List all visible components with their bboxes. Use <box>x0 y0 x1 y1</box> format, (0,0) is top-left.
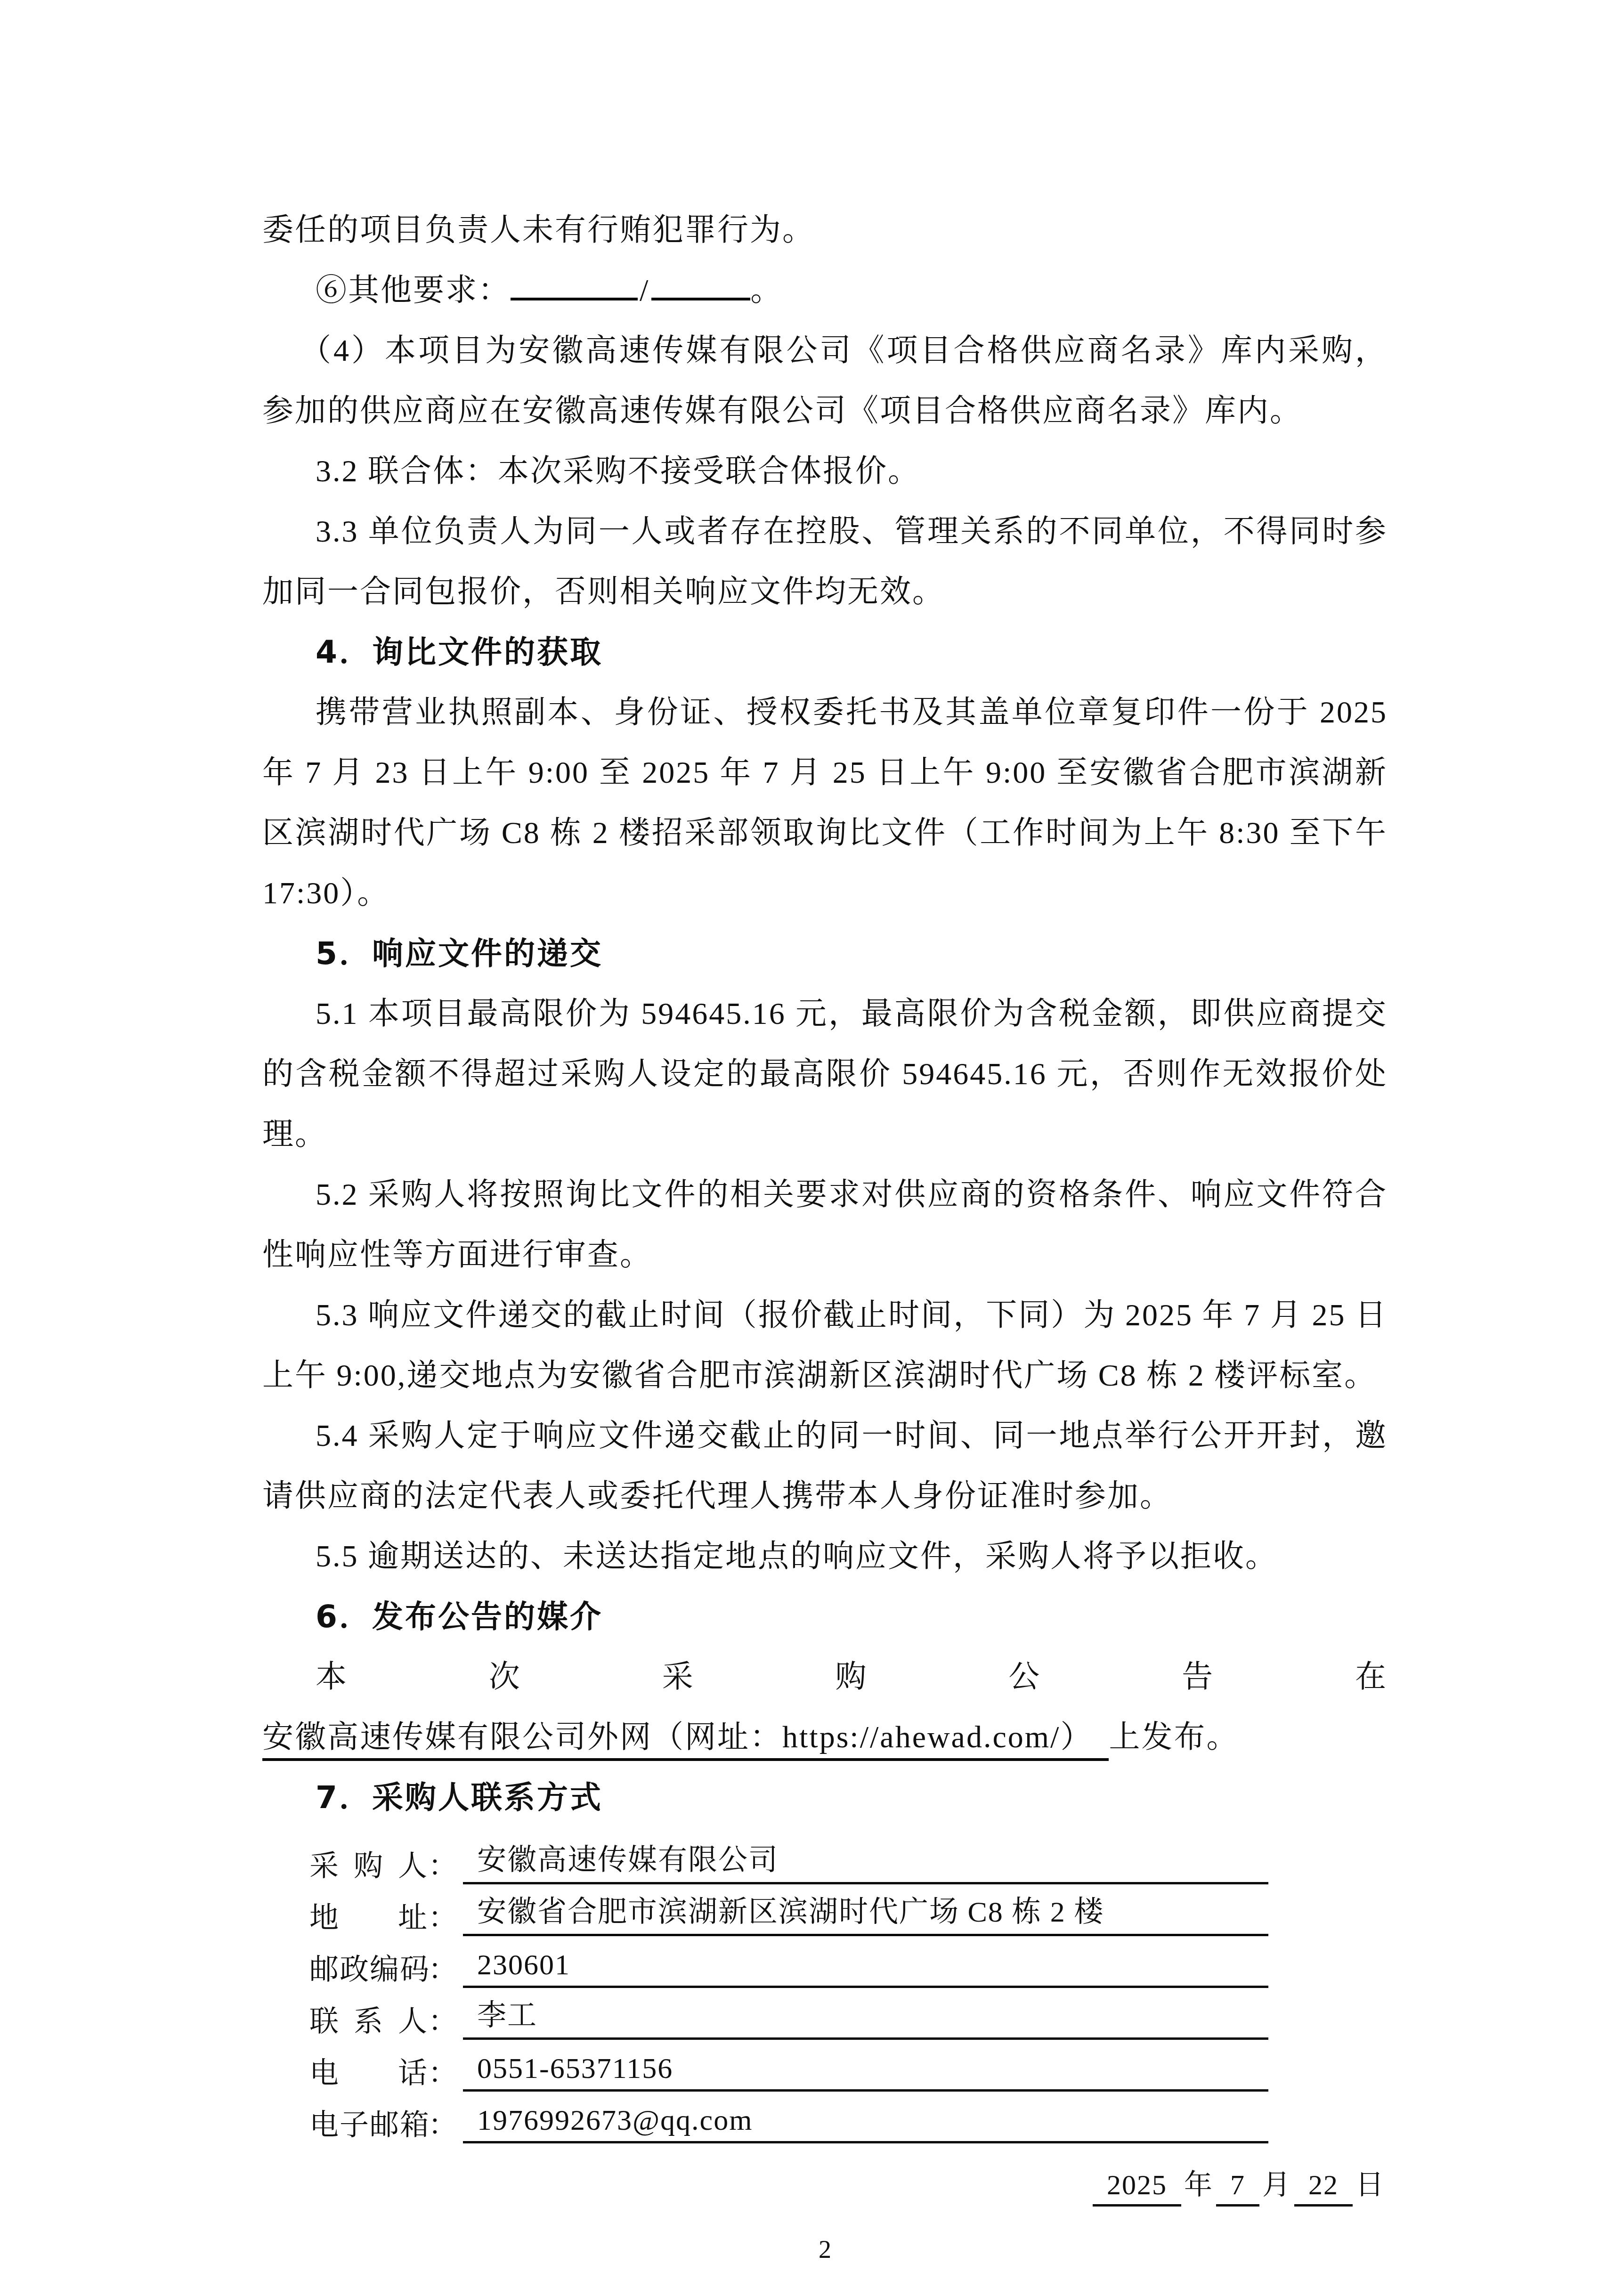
page-number: 2 <box>262 2235 1388 2264</box>
contact-label: 电子邮箱 <box>309 2101 428 2143</box>
date-day: 22 <box>1294 2169 1353 2207</box>
date-month-unit: 月 <box>1262 2169 1291 2200</box>
contact-row-postcode: 邮政编码：230601 <box>309 1936 1388 1988</box>
blank-underline <box>651 269 750 300</box>
section-6-heading: 6．发布公告的媒介 <box>262 1587 1388 1647</box>
clause-5-4: 5.4 采购人定于响应文件递交截止的同一时间、同一地点举行公开开封，邀请供应商的… <box>262 1406 1388 1526</box>
section-7-heading: 7．采购人联系方式 <box>262 1768 1388 1828</box>
announcement-website-underlined: 安徽高速传媒有限公司外网（网址：https://ahewad.com/） <box>262 1720 1109 1761</box>
date-year-unit: 年 <box>1184 2169 1213 2200</box>
document-content: 委任的项目负责人未有行贿犯罪行为。 ⑥其他要求：/。 （4）本项目为安徽高速传媒… <box>0 0 1623 2264</box>
section-4-body: 携带营业执照副本、身份证、授权委托书及其盖单位章复印件一份于 2025 年 7 … <box>262 682 1388 924</box>
section-4-heading: 4．询比文件的获取 <box>262 622 1388 682</box>
email-value: 1976992673@qq.com <box>463 2104 1268 2143</box>
contact-colon: ： <box>428 1998 458 2040</box>
other-requirements-label: ⑥其他要求： <box>316 273 511 308</box>
signature-date-line: 2025年7月22日 <box>262 2162 1388 2207</box>
contact-colon: ： <box>428 2101 458 2143</box>
contact-label: 邮政编码 <box>309 1946 428 1988</box>
contact-row-phone: 电话：0551-65371156 <box>309 2040 1388 2092</box>
contact-row-contact-person: 联系人：李工 <box>309 1988 1388 2040</box>
address-value: 安徽省合肥市滨湖新区滨湖时代广场 C8 栋 2 楼 <box>463 1888 1268 1936</box>
contact-colon: ： <box>428 2050 458 2092</box>
carryover-paragraph: 委任的项目负责人未有行贿犯罪行为。 <box>262 200 1388 260</box>
contact-person-value: 李工 <box>463 1992 1268 2040</box>
contact-label: 地址 <box>309 1894 428 1936</box>
contact-label: 采购人 <box>309 1842 428 1884</box>
contact-label: 电话 <box>309 2050 428 2092</box>
clause-3-3: 3.3 单位负责人为同一人或者存在控股、管理关系的不同单位，不得同时参加同一合同… <box>262 502 1388 622</box>
date-year: 2025 <box>1093 2169 1181 2207</box>
announcement-suffix: 上发布。 <box>1109 1720 1239 1754</box>
postcode-value: 230601 <box>463 1948 1268 1988</box>
date-day-unit: 日 <box>1355 2169 1385 2200</box>
clause-5-5: 5.5 逾期送达的、未送达指定地点的响应文件，采购人将予以拒收。 <box>262 1526 1388 1587</box>
item-4-paragraph: （4）本项目为安徽高速传媒有限公司《项目合格供应商名录》库内采购，参加的供应商应… <box>262 321 1388 441</box>
slash-placeholder: / <box>640 273 649 308</box>
period: 。 <box>750 273 783 308</box>
purchaser-value: 安徽高速传媒有限公司 <box>463 1836 1268 1884</box>
clause-5-1: 5.1 本项目最高限价为 594645.16 元，最高限价为含税金额，即供应商提… <box>262 984 1388 1165</box>
date-month: 7 <box>1216 2169 1259 2207</box>
announcement-prefix: 本次采购公告在 <box>316 1660 1388 1694</box>
phone-value: 0551-65371156 <box>463 2052 1268 2092</box>
contact-row-address: 地址：安徽省合肥市滨湖新区滨湖时代广场 C8 栋 2 楼 <box>309 1884 1388 1936</box>
clause-5-3: 5.3 响应文件递交的截止时间（报价截止时间，下同）为 2025 年 7 月 2… <box>262 1285 1388 1406</box>
contact-row-purchaser: 采购人：安徽高速传媒有限公司 <box>309 1833 1388 1884</box>
contact-colon: ： <box>428 1946 458 1988</box>
other-requirements-line: ⑥其他要求：/。 <box>262 260 1388 321</box>
contact-row-email: 电子邮箱：1976992673@qq.com <box>309 2092 1388 2143</box>
section-5-heading: 5．响应文件的递交 <box>262 924 1388 984</box>
section-6-body: 本次采购公告在安徽高速传媒有限公司外网（网址：https://ahewad.co… <box>262 1647 1388 1768</box>
blank-underline <box>511 269 638 300</box>
clause-3-2: 3.2 联合体：本次采购不接受联合体报价。 <box>262 441 1388 502</box>
document-page: 委任的项目负责人未有行贿犯罪行为。 ⑥其他要求：/。 （4）本项目为安徽高速传媒… <box>0 0 1623 2296</box>
contact-colon: ： <box>428 1842 458 1884</box>
clause-5-2: 5.2 采购人将按照询比文件的相关要求对供应商的资格条件、响应文件符合性响应性等… <box>262 1165 1388 1285</box>
contact-block: 采购人：安徽高速传媒有限公司 地址：安徽省合肥市滨湖新区滨湖时代广场 C8 栋 … <box>262 1833 1388 2143</box>
contact-colon: ： <box>428 1894 458 1936</box>
contact-label: 联系人 <box>309 1998 428 2040</box>
